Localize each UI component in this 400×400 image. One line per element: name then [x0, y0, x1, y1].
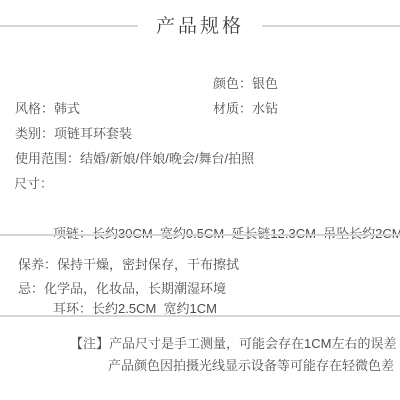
section-header: 产品规格: [0, 13, 400, 39]
care-row-avoid: 忌：化学品，化妆品，长期潮湿环境: [18, 281, 226, 297]
header-right-line: [262, 25, 400, 27]
spec-row-usage: 使用范围：结婚/新娘/伴娘/晚会/舞台/拍照: [15, 151, 254, 167]
care-value-avoid: 化学品，化妆品，长期潮湿环境: [44, 281, 226, 296]
spec-value-material: 水钻: [252, 101, 278, 116]
spec-row-category: 类别：项链耳环套装: [15, 126, 132, 142]
note-line-2: 产品颜色因拍摄光线显示设备等可能存在轻微色差: [108, 358, 394, 374]
care-label-maintain: 保养：: [18, 257, 57, 272]
spec-label-category: 类别：: [15, 126, 54, 141]
note-text-1: 产品尺寸是手工测量，可能会存在1CM左右的误差: [109, 336, 396, 351]
spec-row-material: 材质：水钻: [213, 101, 278, 117]
spec-value-style: 韩式: [54, 101, 80, 116]
note-prefix: 【注】: [70, 336, 109, 351]
spec-value-color: 银色: [252, 76, 278, 91]
spec-label-style: 风格：: [15, 101, 54, 116]
spec-label-material: 材质：: [213, 101, 252, 116]
size-earrings-line: 耳环：长约2.5CM 宽约1CM: [53, 296, 400, 321]
spec-label-color: 颜色：: [213, 76, 252, 91]
product-spec-page: 产品规格 颜色：银色 风格：韩式 材质：水钻 类别：项链耳环套装 使用范围：结婚…: [0, 0, 400, 400]
spec-row-style: 风格：韩式: [15, 101, 80, 117]
spec-row-color: 颜色：银色: [213, 76, 278, 92]
header-left-line: [0, 25, 138, 27]
care-value-maintain: 保持干燥，密封保存，干布擦拭: [57, 257, 239, 272]
note-line-1: 【注】产品尺寸是手工测量，可能会存在1CM左右的误差: [70, 336, 396, 352]
divider-bottom: [0, 315, 400, 317]
spec-value-category: 项链耳环套装: [54, 126, 132, 141]
spec-value-usage: 结婚/新娘/伴娘/晚会/舞台/拍照: [80, 151, 254, 166]
spec-label-usage: 使用范围：: [15, 151, 80, 166]
divider-top: [0, 234, 400, 236]
page-title: 产品规格: [156, 14, 244, 39]
care-label-avoid: 忌：: [18, 281, 44, 296]
care-row-maintain: 保养：保持干燥，密封保存，干布擦拭: [18, 257, 239, 273]
